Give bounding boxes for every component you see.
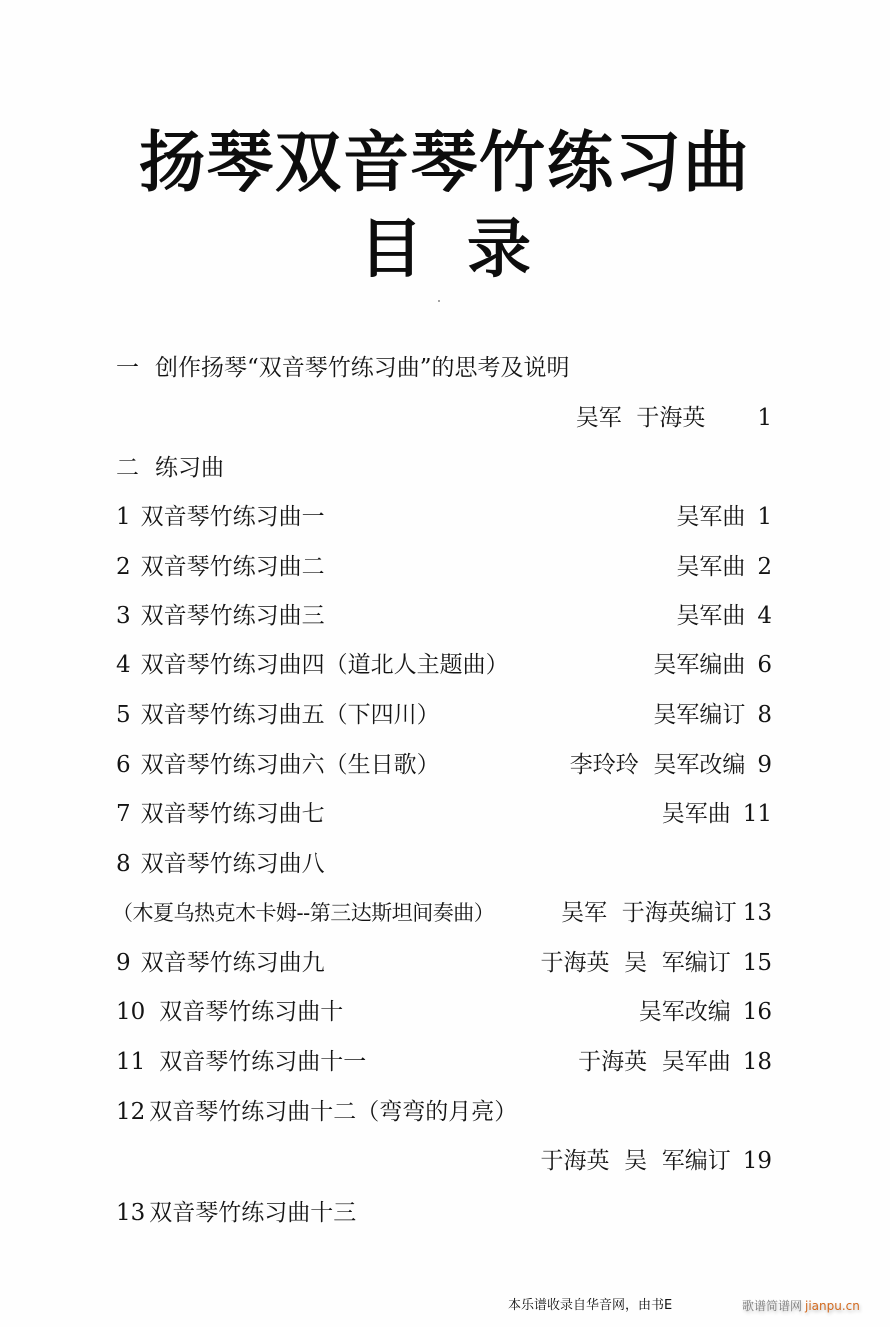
scan-speck: [438, 300, 440, 302]
toc-entry[interactable]: 2双音琴竹练习曲二 吴军曲2: [116, 547, 772, 587]
entry-number: 2: [116, 547, 131, 587]
entry-number: 8: [116, 844, 131, 884]
toc-entry[interactable]: 1双音琴竹练习曲一 吴军曲1: [116, 497, 772, 537]
entry-credit: 于海英 吴 军编订: [540, 1148, 730, 1174]
entry-page: 8: [757, 695, 772, 735]
toc-entry[interactable]: 6双音琴竹练习曲六（生日歌） 李玲玲 吴军改编9: [116, 745, 772, 785]
toc-section-1-credit: 吴军 于海英1: [116, 398, 772, 438]
entry-title: 双音琴竹练习曲九: [141, 950, 325, 976]
document-title: 扬琴双音琴竹练习曲: [0, 122, 890, 202]
toc-entry[interactable]: 7双音琴竹练习曲七 吴军曲11: [116, 794, 772, 834]
entry-credit: 吴军编曲: [653, 652, 745, 678]
section-label: 创作扬琴“双音琴竹练习曲”的思考及说明: [155, 355, 570, 381]
entry-page: 9: [757, 745, 772, 785]
toc-entry[interactable]: 8双音琴竹练习曲八: [116, 844, 772, 884]
toc-entry[interactable]: 11双音琴竹练习曲十一 于海英 吴军曲18: [116, 1042, 772, 1082]
entry-number: 3: [116, 596, 131, 636]
entry-credit: 吴军编订: [653, 702, 745, 728]
entry-number: 7: [116, 794, 131, 834]
entry-page: 4: [757, 596, 772, 636]
entry-title: 双音琴竹练习曲三: [141, 603, 325, 629]
toc-entry[interactable]: 3双音琴竹练习曲三 吴军曲4: [116, 596, 772, 636]
entry-page: 1: [757, 497, 772, 537]
entry-number: 4: [116, 645, 131, 685]
entry-credit: 李玲玲 吴军改编: [570, 752, 746, 778]
entry-title: 双音琴竹练习曲四（道北人主题曲）: [141, 652, 509, 678]
entry-credit: 吴军曲: [676, 554, 745, 580]
toc-entry[interactable]: 12双音琴竹练习曲十二（弯弯的月亮）: [116, 1092, 772, 1132]
watermark-url[interactable]: jianpu.cn: [805, 1299, 860, 1313]
entry-credit: 吴军 于海英编订: [561, 900, 737, 926]
entry-title: 双音琴竹练习曲十二（弯弯的月亮）: [149, 1099, 517, 1125]
entry-credit: 吴军曲: [662, 801, 731, 827]
entry-title: 双音琴竹练习曲十三: [149, 1200, 356, 1226]
entry-credit: 吴军改编: [639, 999, 731, 1025]
entry-title: 双音琴竹练习曲八: [141, 851, 325, 877]
toc-heading-char-2: 录: [467, 210, 531, 290]
section-label: 练习曲: [155, 455, 224, 481]
entry-page: 11: [743, 794, 772, 834]
toc-heading-char-1: 目: [359, 210, 423, 290]
entry-credit: 于海英 吴军曲: [578, 1049, 731, 1075]
entry-page: 2: [757, 547, 772, 587]
entry-title: 双音琴竹练习曲六（生日歌）: [141, 752, 440, 778]
entry-number: 6: [116, 745, 131, 785]
toc-entry[interactable]: 10双音琴竹练习曲十 吴军改编16: [116, 992, 772, 1032]
entry-title: 双音琴竹练习曲五（下四川）: [141, 702, 440, 728]
toc-entry[interactable]: 13双音琴竹练习曲十三: [116, 1193, 772, 1233]
watermark-site-name: 歌谱简谱网: [742, 1299, 802, 1313]
entry-page: 15: [743, 943, 772, 983]
entry-credit: 吴军曲: [676, 603, 745, 629]
toc-entry[interactable]: 9双音琴竹练习曲九 于海英 吴 军编订15: [116, 943, 772, 983]
entry-title: 双音琴竹练习曲七: [141, 801, 325, 827]
entry-page: 13: [743, 893, 772, 933]
source-note: 本乐谱收录自华音网，由书E: [508, 1297, 686, 1315]
entry-page: 16: [743, 992, 772, 1032]
entry-number: 13: [116, 1193, 145, 1233]
toc-section-2[interactable]: 二练习曲: [116, 448, 772, 488]
toc-heading: 目录: [0, 210, 890, 290]
section-page: 1: [757, 398, 772, 438]
entry-number: 11: [116, 1042, 145, 1082]
toc-entry[interactable]: 4双音琴竹练习曲四（道北人主题曲） 吴军编曲6: [116, 645, 772, 685]
section-number: 一: [116, 348, 139, 388]
section-number: 二: [116, 448, 139, 488]
entry-credit: 吴军曲: [676, 504, 745, 530]
entry-title: 双音琴竹练习曲一: [141, 504, 325, 530]
entry-number: 1: [116, 497, 131, 537]
entry-page: 6: [757, 645, 772, 685]
entry-page: 19: [743, 1141, 772, 1181]
entry-title: 双音琴竹练习曲十: [159, 999, 343, 1025]
toc-entry[interactable]: 5双音琴竹练习曲五（下四川） 吴军编订8: [116, 695, 772, 735]
entry-credit: 于海英 吴 军编订: [540, 950, 730, 976]
site-watermark[interactable]: 歌谱简谱网jianpu.cn: [742, 1297, 860, 1315]
toc-entry-continuation[interactable]: （木夏乌热克木卡姆--第三达斯坦间奏曲） 吴军 于海英编订13: [112, 893, 772, 933]
section-authors: 吴军 于海英: [576, 405, 706, 431]
entry-page: 18: [743, 1042, 772, 1082]
entry-subtitle: （木夏乌热克木卡姆--第三达斯坦间奏曲）: [112, 893, 494, 933]
entry-title: 双音琴竹练习曲二: [141, 554, 325, 580]
toc-section-1[interactable]: 一创作扬琴“双音琴竹练习曲”的思考及说明: [116, 348, 772, 388]
entry-number: 10: [116, 992, 145, 1032]
toc-entry-continuation[interactable]: 于海英 吴 军编订19: [116, 1141, 772, 1181]
entry-number: 5: [116, 695, 131, 735]
entry-number: 9: [116, 943, 131, 983]
document-page: 扬琴双音琴竹练习曲 目录 一创作扬琴“双音琴竹练习曲”的思考及说明 吴军 于海英…: [0, 0, 890, 1327]
entry-number: 12: [116, 1092, 145, 1132]
entry-title: 双音琴竹练习曲十一: [159, 1049, 366, 1075]
